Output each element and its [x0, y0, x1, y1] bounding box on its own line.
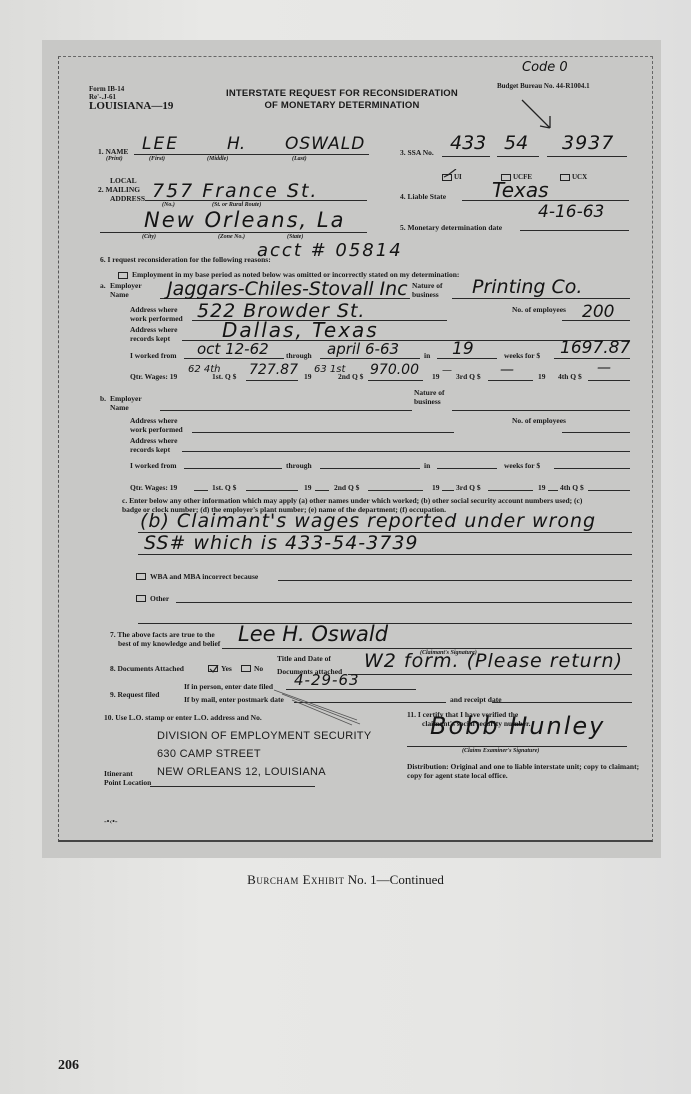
employer-b-q1-label: 1st. Q $ [212, 483, 236, 492]
printer-ornament: -•‹•- [104, 817, 118, 826]
employer-a-records-value[interactable]: Dallas, Texas [222, 318, 379, 342]
claimant-signature-line [222, 648, 632, 649]
documents-yes-label: Yes [221, 664, 232, 673]
examiner-signature-line [407, 746, 627, 747]
employer-b-q4-label: 4th Q $ [560, 483, 584, 492]
employer-b-q2-line[interactable] [368, 490, 423, 491]
name-first-value[interactable]: LEE [142, 134, 179, 154]
receipt-date-line[interactable] [492, 702, 632, 703]
employer-a-q3-line [488, 380, 533, 381]
employer-b-weeks-for-label: weeks for $ [504, 461, 540, 470]
employer-a-records-label: Address where records kept [130, 325, 190, 343]
employer-a-weeks-value[interactable]: 19 [452, 339, 474, 359]
employer-a-work-address-label: Address where work performed [130, 305, 190, 323]
employer-a-q1-value[interactable]: 727.87 [249, 362, 298, 378]
employer-b-amount-line[interactable] [554, 468, 630, 469]
ssa-part1[interactable]: 433 [450, 132, 486, 154]
employer-a-qtr-label: Qtr. Wages: 19 [130, 372, 177, 381]
employer-a-q4-value[interactable]: — [597, 360, 611, 376]
employer-a-nature-value[interactable]: Printing Co. [472, 276, 582, 298]
employer-b-qtr-label: Qtr. Wages: 19 [130, 483, 177, 492]
employer-a-through-value[interactable]: april 6-63 [327, 340, 399, 358]
employer-b-through-label: through [286, 461, 312, 470]
employer-a-q3-label: 3rd Q $ [456, 372, 481, 381]
lo-stamp-line3: NEW ORLEANS 12, LOUISIANA [157, 766, 326, 778]
employer-a-q2-label: 2nd Q $ [338, 372, 363, 381]
documents-title-line [348, 674, 632, 675]
employer-a-in-label: in [424, 351, 430, 360]
distribution-note: Distribution: Original and one to liable… [407, 762, 647, 780]
claimant-signature[interactable]: Lee H. Oswald [238, 622, 388, 646]
pen-strokes-decoration [272, 680, 362, 730]
employer-b-worked-from-line[interactable] [184, 468, 282, 469]
examiner-signature-caption: (Claims Examiner's Signature) [462, 748, 539, 754]
handwritten-code: Code 0 [522, 60, 568, 75]
ui-label: UI [454, 173, 462, 181]
name-last-value[interactable]: OSWALD [285, 134, 365, 154]
examiner-signature[interactable]: Bobb Hunley [430, 712, 605, 740]
name-sub-first: (First) [149, 156, 165, 162]
address-city-value[interactable]: New Orleans, La [144, 208, 345, 232]
employer-b-q3-year-prefix: 19 [432, 483, 440, 492]
documents-no-label: No [254, 664, 263, 673]
documents-attached-label: 8. Documents Attached [110, 664, 184, 673]
employer-b-worked-from-label: I worked from [130, 461, 177, 470]
ssa-line-3 [547, 156, 627, 157]
employer-a-q2-value[interactable]: 970.00 [370, 362, 419, 378]
address-label-mailing: 2. MAILING [98, 185, 140, 194]
other-line[interactable] [176, 602, 632, 603]
employer-a-name-label: Employer Name [110, 281, 160, 299]
employer-b-work-address-label: Address where work performed [130, 416, 190, 434]
page-number: 206 [58, 1058, 79, 1074]
documents-no-checkbox[interactable] [241, 665, 251, 672]
employer-a-worked-from-value[interactable]: oct 12-62 [197, 340, 269, 358]
employer-a-employees-value[interactable]: 200 [582, 302, 614, 322]
employment-omitted-checkbox[interactable] [118, 272, 128, 279]
exhibit-number: No. 1—Continued [348, 872, 444, 887]
other-info-value-1[interactable]: (b) Claimant's wages reported under wron… [140, 510, 596, 532]
ssa-part2[interactable]: 54 [504, 132, 528, 154]
arrow-icon [520, 98, 560, 134]
employer-a-q4-label: 4th Q $ [558, 372, 582, 381]
name-line [134, 154, 369, 155]
employer-b-prefix: b. [100, 394, 106, 403]
employer-a-q4-line [588, 380, 630, 381]
ucx-checkbox[interactable] [560, 174, 570, 181]
address-label-address: ADDRESS [110, 194, 145, 203]
employer-b-records-label: Address where records kept [130, 436, 190, 454]
employer-b-nature-label: Nature of business [414, 388, 458, 406]
employer-b-weeks-line[interactable] [437, 468, 497, 469]
name-sub-middle: (Middle) [207, 156, 228, 162]
documents-title-value[interactable]: W2 form. (Please return) [364, 650, 623, 672]
employer-a-nature-label: Nature of business [412, 281, 456, 299]
employer-b-q2-label: 2nd Q $ [334, 483, 359, 492]
exhibit-name: Burcham Exhibit [247, 872, 344, 887]
form-number: Form IB-14 [89, 85, 124, 93]
employer-b-q1-line[interactable] [246, 490, 298, 491]
employer-a-through-label: through [286, 351, 312, 360]
ssa-line-2 [497, 156, 539, 157]
employer-a-amount-line [554, 358, 630, 359]
employer-b-q4-line[interactable] [588, 490, 630, 491]
form-title-line2: OF MONETARY DETERMINATION [212, 100, 472, 112]
employer-b-through-line[interactable] [320, 468, 420, 469]
wba-label: WBA and MBA incorrect because [150, 572, 258, 581]
liable-state-value[interactable]: Texas [492, 178, 549, 202]
employer-b-in-label: in [424, 461, 430, 470]
other-checkbox[interactable] [136, 595, 146, 602]
employer-b-employees-label: No. of employees [512, 416, 572, 425]
form-scan: Form IB-14 Re'-.J-61 LOUISIANA—19 INTERS… [42, 40, 661, 858]
employer-a-worked-from-label: I worked from [130, 351, 177, 360]
other-label: Other [150, 594, 169, 603]
ui-checkbox[interactable] [442, 174, 452, 181]
liable-state-label: 4. Liable State [400, 192, 446, 201]
employer-a-q1-label: 1st. Q $ [212, 372, 236, 381]
form-title-line1: INTERSTATE REQUEST FOR RECONSIDERATION [212, 88, 472, 100]
employer-b-q3-line[interactable] [488, 490, 533, 491]
name-middle-value[interactable]: H. [227, 134, 245, 154]
address-street-value[interactable]: 757 France St. [152, 180, 318, 202]
form-state-code: LOUISIANA—19 [89, 100, 173, 112]
by-mail-label: If by mail, enter postmark date [184, 695, 284, 704]
documents-yes-checkbox[interactable] [208, 665, 218, 672]
lo-stamp-line2: 630 CAMP STREET [157, 748, 261, 760]
ucx-label: UCX [572, 173, 587, 181]
determination-date-value[interactable]: 4-16-63 [538, 202, 604, 222]
lo-stamp-label: 10. Use L.O. stamp or enter L.O. address… [104, 713, 262, 722]
employer-a-q1-line [246, 380, 298, 381]
name-sub-last: (Last) [292, 156, 307, 162]
employer-b-employees-line[interactable] [562, 432, 630, 433]
request-filed-label: 9. Request filed [110, 690, 159, 699]
in-person-label: If in person, enter date filed [184, 682, 273, 691]
form-title: INTERSTATE REQUEST FOR RECONSIDERATION O… [212, 88, 472, 112]
employer-a-q3-year[interactable]: — [442, 365, 452, 376]
employer-a-prefix: a. [100, 281, 106, 290]
ssa-line-1 [442, 156, 490, 157]
documents-title-label-line1: Title and Date of [277, 654, 331, 663]
employer-a-name-value[interactable]: Jaggars-Chiles-Stovall Inc [167, 278, 408, 300]
address-sub-zone: (Zone No.) [218, 234, 245, 240]
ssa-part3[interactable]: 3937 [562, 132, 614, 154]
itinerant-label-line2: Point Location [104, 778, 151, 787]
employer-b-name-line[interactable] [160, 410, 412, 411]
employer-a-q3-value[interactable]: — [500, 362, 514, 378]
employer-a-through-line [320, 358, 420, 359]
other-info-value-2[interactable]: SS# which is 433-54-3739 [144, 532, 419, 554]
itinerant-line[interactable] [150, 786, 315, 787]
employer-b-q3-label: 3rd Q $ [456, 483, 481, 492]
employer-a-q2-line [368, 380, 423, 381]
employer-a-employees-label: No. of employees [512, 305, 572, 314]
employer-b-nature-line[interactable] [452, 410, 630, 411]
address-label-local: LOCAL [110, 176, 137, 185]
wba-checkbox[interactable] [136, 573, 146, 580]
address-sub-city: (City) [142, 234, 156, 240]
address-city-line [100, 232, 367, 233]
determination-date-line [520, 230, 629, 231]
employer-b-records-line[interactable] [182, 451, 630, 452]
employer-b-work-address-line[interactable] [192, 432, 454, 433]
employer-b-name-label: Employer Name [110, 394, 160, 412]
attest-label-line2: best of my knowledge and belief [118, 639, 220, 648]
itinerant-label-line1: Itinerant [104, 769, 133, 778]
handwritten-account-number: acct # 05814 [257, 240, 403, 261]
budget-bureau-number: Budget Bureau No. 44-R1004.1 [497, 82, 590, 90]
employer-a-worked-from-line [184, 358, 284, 359]
employer-b-q2-year-prefix: 19 [304, 483, 312, 492]
name-label: 1. NAME [98, 147, 128, 156]
other-info-line-2 [138, 554, 632, 555]
exhibit-caption: Burcham Exhibit No. 1—Continued [0, 872, 691, 888]
checkmark-icon [209, 665, 219, 673]
employer-a-amount-value[interactable]: 1697.87 [560, 338, 630, 358]
employer-b-q4-year-prefix: 19 [538, 483, 546, 492]
determination-date-label: 5. Monetary determination date [400, 223, 502, 232]
name-sub-print: (Print) [106, 156, 123, 162]
ssa-label: 3. SSA No. [400, 148, 434, 157]
employer-a-weeks-for-label: weeks for $ [504, 351, 540, 360]
reconsideration-label: 6. I request reconsideration for the fol… [100, 255, 271, 264]
attest-label-line1: 7. The above facts are true to the [110, 630, 215, 639]
employer-a-nature-line [452, 298, 630, 299]
wba-line[interactable] [278, 580, 632, 581]
lo-stamp-line1: DIVISION OF EMPLOYMENT SECURITY [157, 730, 371, 742]
